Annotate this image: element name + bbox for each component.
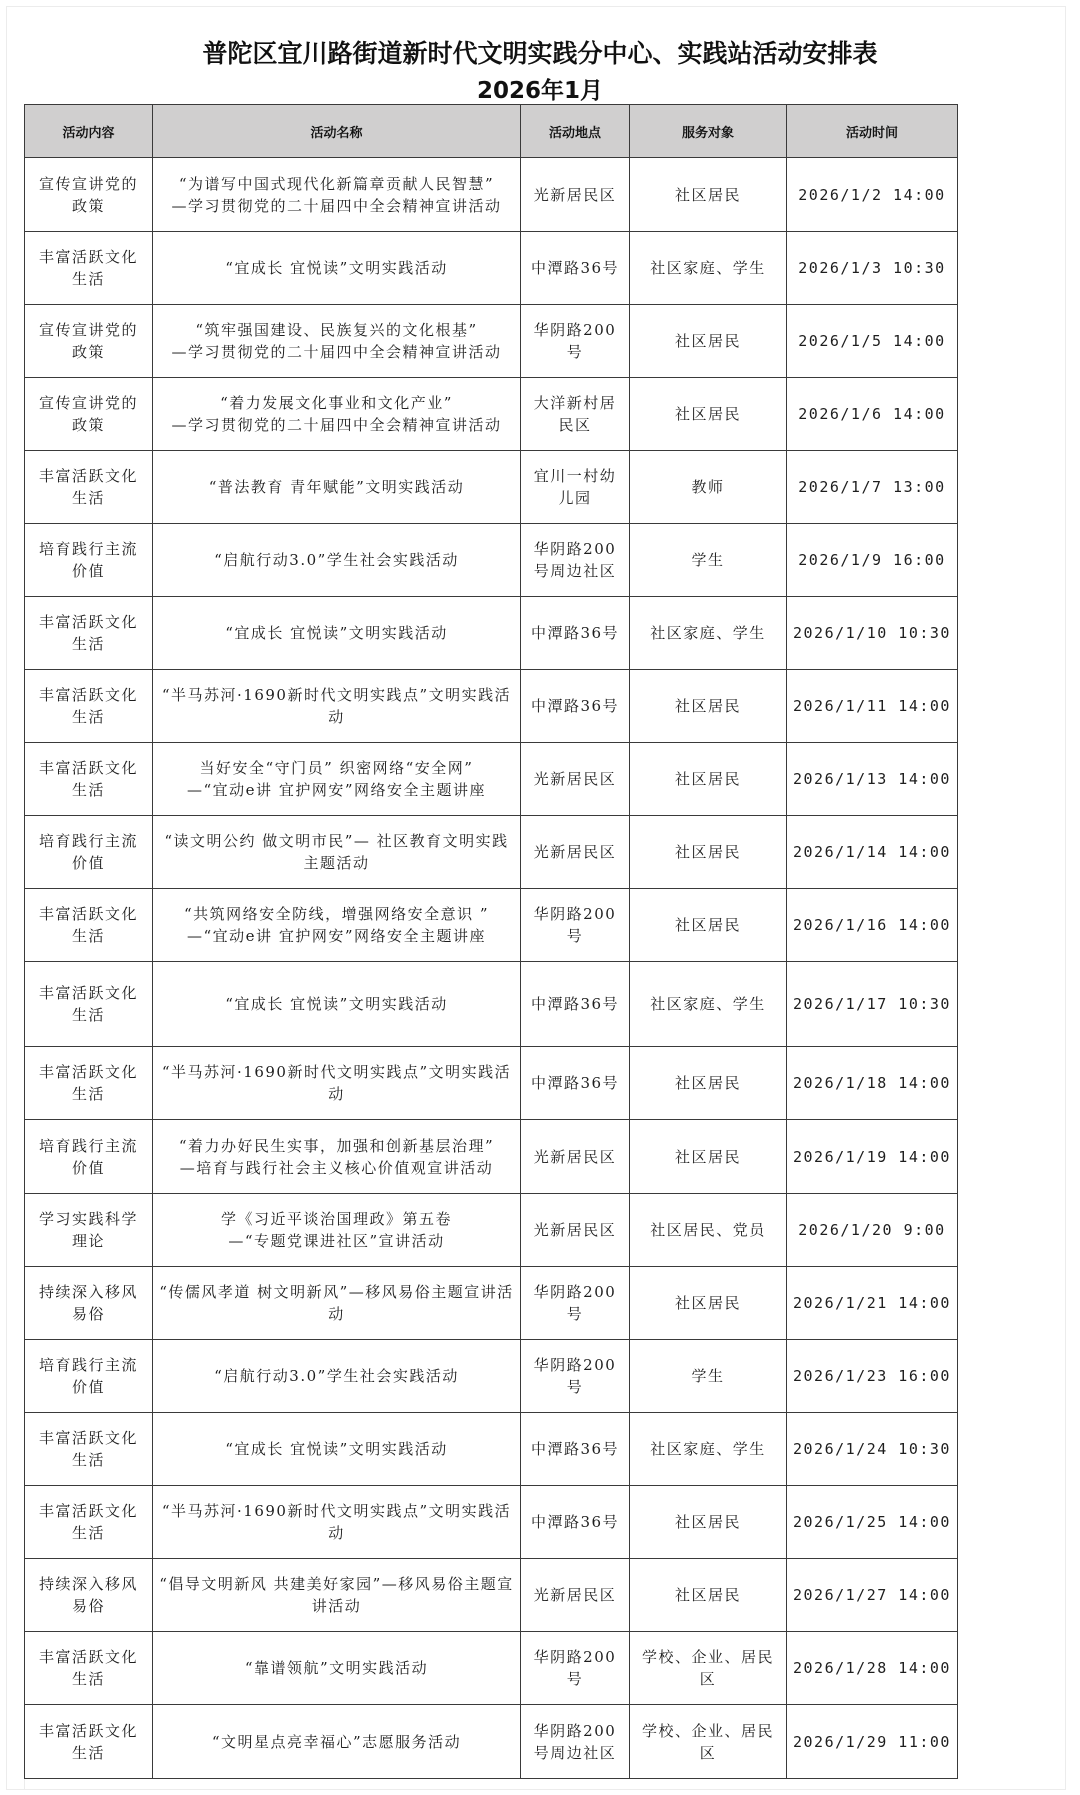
cell-activity-name: 学《习近平谈治国理政》第五卷—“专题党课进社区”宣讲活动	[153, 1194, 521, 1267]
cell-activity-time: 2026/1/18 14:00	[787, 1047, 958, 1120]
cell-activity-content: 培育践行主流价值	[25, 524, 153, 597]
cell-activity-name: “为谱写中国式现代化新篇章贡献人民智慧”—学习贯彻党的二十届四中全会精神宣讲活动	[153, 158, 521, 232]
cell-activity-location: 中潭路36号	[521, 597, 630, 670]
activity-name-line: —学习贯彻党的二十届四中全会精神宣讲活动	[159, 414, 514, 436]
cell-activity-content: 丰富活跃文化生活	[25, 1632, 153, 1705]
table-body: 宣传宣讲党的政策“为谱写中国式现代化新篇章贡献人民智慧”—学习贯彻党的二十届四中…	[25, 158, 958, 1779]
cell-activity-time: 2026/1/9 16:00	[787, 524, 958, 597]
activity-name-line: 当好安全“守门员” 织密网络“安全网”	[159, 757, 514, 779]
cell-activity-time: 2026/1/23 16:00	[787, 1340, 958, 1413]
cell-service-audience: 社区居民	[630, 305, 787, 378]
cell-service-audience: 学生	[630, 524, 787, 597]
activity-name-line: “靠谱领航”文明实践活动	[159, 1657, 514, 1679]
cell-activity-location: 华阴路200号周边社区	[521, 524, 630, 597]
activity-name-line: “筑牢强国建设、民族复兴的文化根基”	[159, 319, 514, 341]
activity-name-line: “半马苏河·1690新时代文明实践点”文明实践活动	[159, 1500, 514, 1544]
cell-activity-location: 华阴路200号	[521, 889, 630, 962]
activity-name-line: “普法教育 青年赋能”文明实践活动	[159, 476, 514, 498]
table-row: 丰富活跃文化生活“宜成长 宜悦读”文明实践活动中潭路36号社区家庭、学生2026…	[25, 962, 958, 1047]
cell-activity-time: 2026/1/13 14:00	[787, 743, 958, 816]
cell-activity-location: 光新居民区	[521, 1559, 630, 1632]
cell-activity-time: 2026/1/17 10:30	[787, 962, 958, 1047]
page-subtitle: 2026年1月	[0, 72, 1080, 105]
cell-activity-location: 宜川一村幼儿园	[521, 451, 630, 524]
table-row: 丰富活跃文化生活“共筑网络安全防线，增强网络安全意识 ”—“宜动e讲 宜护网安”…	[25, 889, 958, 962]
activity-name-line: —培育与践行社会主义核心价值观宣讲活动	[159, 1157, 514, 1179]
cell-service-audience: 社区家庭、学生	[630, 597, 787, 670]
cell-activity-content: 丰富活跃文化生活	[25, 889, 153, 962]
header-activity-content: 活动内容	[25, 105, 153, 158]
table-row: 丰富活跃文化生活当好安全“守门员” 织密网络“安全网”—“宜动e讲 宜护网安”网…	[25, 743, 958, 816]
activity-name-line: “宜成长 宜悦读”文明实践活动	[159, 1438, 514, 1460]
cell-service-audience: 社区家庭、学生	[630, 962, 787, 1047]
cell-activity-location: 华阴路200号	[521, 305, 630, 378]
cell-activity-location: 中潭路36号	[521, 962, 630, 1047]
cell-activity-name: “启航行动3.0”学生社会实践活动	[153, 524, 521, 597]
cell-activity-location: 大洋新村居民区	[521, 378, 630, 451]
cell-activity-name: 当好安全“守门员” 织密网络“安全网”—“宜动e讲 宜护网安”网络安全主题讲座	[153, 743, 521, 816]
cell-activity-content: 丰富活跃文化生活	[25, 670, 153, 743]
cell-activity-time: 2026/1/7 13:00	[787, 451, 958, 524]
activity-name-line: —学习贯彻党的二十届四中全会精神宣讲活动	[159, 341, 514, 363]
table-row: 丰富活跃文化生活“文明星点亮幸福心”志愿服务活动华阴路200号周边社区学校、企业…	[25, 1705, 958, 1779]
cell-service-audience: 社区家庭、学生	[630, 1413, 787, 1486]
cell-service-audience: 教师	[630, 451, 787, 524]
cell-activity-name: “宜成长 宜悦读”文明实践活动	[153, 232, 521, 305]
cell-activity-time: 2026/1/11 14:00	[787, 670, 958, 743]
cell-activity-content: 宣传宣讲党的政策	[25, 158, 153, 232]
cell-activity-time: 2026/1/19 14:00	[787, 1120, 958, 1194]
table-row: 培育践行主流价值“启航行动3.0”学生社会实践活动华阴路200号学生2026/1…	[25, 1340, 958, 1413]
table-row: 宣传宣讲党的政策“为谱写中国式现代化新篇章贡献人民智慧”—学习贯彻党的二十届四中…	[25, 158, 958, 232]
table-row: 丰富活跃文化生活“宜成长 宜悦读”文明实践活动中潭路36号社区家庭、学生2026…	[25, 597, 958, 670]
cell-service-audience: 社区居民、党员	[630, 1194, 787, 1267]
cell-activity-location: 光新居民区	[521, 743, 630, 816]
cell-service-audience: 社区居民	[630, 378, 787, 451]
cell-service-audience: 社区居民	[630, 889, 787, 962]
cell-activity-name: “读文明公约 做文明市民”— 社区教育文明实践主题活动	[153, 816, 521, 889]
cell-activity-name: “宜成长 宜悦读”文明实践活动	[153, 962, 521, 1047]
cell-activity-content: 学习实践科学理论	[25, 1194, 153, 1267]
cell-activity-location: 光新居民区	[521, 158, 630, 232]
cell-activity-location: 光新居民区	[521, 1120, 630, 1194]
activity-name-line: “文明星点亮幸福心”志愿服务活动	[159, 1731, 514, 1753]
cell-activity-name: “靠谱领航”文明实践活动	[153, 1632, 521, 1705]
activity-name-line: “宜成长 宜悦读”文明实践活动	[159, 257, 514, 279]
cell-activity-time: 2026/1/2 14:00	[787, 158, 958, 232]
table-row: 丰富活跃文化生活“半马苏河·1690新时代文明实践点”文明实践活动中潭路36号社…	[25, 1047, 958, 1120]
cell-activity-time: 2026/1/28 14:00	[787, 1632, 958, 1705]
cell-activity-location: 光新居民区	[521, 816, 630, 889]
cell-activity-content: 培育践行主流价值	[25, 1340, 153, 1413]
cell-service-audience: 社区居民	[630, 1486, 787, 1559]
activity-name-line: “倡导文明新风 共建美好家园”—移风易俗主题宣讲活动	[159, 1573, 514, 1617]
cell-activity-time: 2026/1/6 14:00	[787, 378, 958, 451]
cell-activity-time: 2026/1/27 14:00	[787, 1559, 958, 1632]
cell-activity-name: “普法教育 青年赋能”文明实践活动	[153, 451, 521, 524]
cell-activity-content: 持续深入移风易俗	[25, 1267, 153, 1340]
cell-activity-name: “共筑网络安全防线，增强网络安全意识 ”—“宜动e讲 宜护网安”网络安全主题讲座	[153, 889, 521, 962]
cell-activity-content: 丰富活跃文化生活	[25, 1047, 153, 1120]
activity-name-line: —“专题党课进社区”宣讲活动	[159, 1230, 514, 1252]
cell-activity-name: “半马苏河·1690新时代文明实践点”文明实践活动	[153, 670, 521, 743]
activity-name-line: “读文明公约 做文明市民”— 社区教育文明实践主题活动	[159, 830, 514, 874]
cell-activity-name: “半马苏河·1690新时代文明实践点”文明实践活动	[153, 1047, 521, 1120]
cell-activity-time: 2026/1/3 10:30	[787, 232, 958, 305]
activity-name-line: “宜成长 宜悦读”文明实践活动	[159, 622, 514, 644]
cell-activity-content: 丰富活跃文化生活	[25, 1413, 153, 1486]
table-row: 丰富活跃文化生活“普法教育 青年赋能”文明实践活动宜川一村幼儿园教师2026/1…	[25, 451, 958, 524]
activity-name-line: “传儒风孝道 树文明新风”—移风易俗主题宣讲活动	[159, 1281, 514, 1325]
table-row: 丰富活跃文化生活“靠谱领航”文明实践活动华阴路200号学校、企业、居民区2026…	[25, 1632, 958, 1705]
table-row: 宣传宣讲党的政策“筑牢强国建设、民族复兴的文化根基”—学习贯彻党的二十届四中全会…	[25, 305, 958, 378]
header-activity-time: 活动时间	[787, 105, 958, 158]
cell-service-audience: 社区家庭、学生	[630, 232, 787, 305]
cell-activity-location: 华阴路200号	[521, 1267, 630, 1340]
cell-activity-content: 丰富活跃文化生活	[25, 962, 153, 1047]
activity-name-line: —“宜动e讲 宜护网安”网络安全主题讲座	[159, 779, 514, 801]
cell-activity-name: “传儒风孝道 树文明新风”—移风易俗主题宣讲活动	[153, 1267, 521, 1340]
cell-activity-content: 宣传宣讲党的政策	[25, 305, 153, 378]
table-row: 持续深入移风易俗“传儒风孝道 树文明新风”—移风易俗主题宣讲活动华阴路200号社…	[25, 1267, 958, 1340]
table-row: 培育践行主流价值“启航行动3.0”学生社会实践活动华阴路200号周边社区学生20…	[25, 524, 958, 597]
cell-service-audience: 社区居民	[630, 1120, 787, 1194]
activity-name-line: —学习贯彻党的二十届四中全会精神宣讲活动	[159, 195, 514, 217]
cell-activity-content: 丰富活跃文化生活	[25, 1486, 153, 1559]
activity-name-line: “宜成长 宜悦读”文明实践活动	[159, 993, 514, 1015]
cell-activity-content: 丰富活跃文化生活	[25, 451, 153, 524]
cell-activity-time: 2026/1/10 10:30	[787, 597, 958, 670]
table-row: 培育践行主流价值“着力办好民生实事，加强和创新基层治理”—培育与践行社会主义核心…	[25, 1120, 958, 1194]
cell-activity-name: “启航行动3.0”学生社会实践活动	[153, 1340, 521, 1413]
activity-name-line: —“宜动e讲 宜护网安”网络安全主题讲座	[159, 925, 514, 947]
cell-activity-location: 华阴路200号	[521, 1632, 630, 1705]
header-activity-location: 活动地点	[521, 105, 630, 158]
activity-name-line: “启航行动3.0”学生社会实践活动	[159, 549, 514, 571]
cell-activity-name: “宜成长 宜悦读”文明实践活动	[153, 597, 521, 670]
activity-schedule-table: 活动内容 活动名称 活动地点 服务对象 活动时间 宣传宣讲党的政策“为谱写中国式…	[24, 104, 958, 1779]
activity-name-line: “为谱写中国式现代化新篇章贡献人民智慧”	[159, 173, 514, 195]
cell-service-audience: 社区居民	[630, 1267, 787, 1340]
cell-activity-time: 2026/1/25 14:00	[787, 1486, 958, 1559]
table-row: 学习实践科学理论学《习近平谈治国理政》第五卷—“专题党课进社区”宣讲活动光新居民…	[25, 1194, 958, 1267]
cell-activity-location: 中潭路36号	[521, 232, 630, 305]
table-row: 丰富活跃文化生活“半马苏河·1690新时代文明实践点”文明实践活动中潭路36号社…	[25, 1486, 958, 1559]
activity-name-line: “着力办好民生实事，加强和创新基层治理”	[159, 1135, 514, 1157]
table-row: 丰富活跃文化生活“半马苏河·1690新时代文明实践点”文明实践活动中潭路36号社…	[25, 670, 958, 743]
cell-activity-content: 丰富活跃文化生活	[25, 1705, 153, 1779]
cell-service-audience: 社区居民	[630, 158, 787, 232]
cell-activity-location: 中潭路36号	[521, 1486, 630, 1559]
cell-activity-time: 2026/1/29 11:00	[787, 1705, 958, 1779]
cell-activity-content: 丰富活跃文化生活	[25, 597, 153, 670]
activity-name-line: “半马苏河·1690新时代文明实践点”文明实践活动	[159, 684, 514, 728]
table-row: 丰富活跃文化生活“宜成长 宜悦读”文明实践活动中潭路36号社区家庭、学生2026…	[25, 1413, 958, 1486]
cell-service-audience: 社区居民	[630, 670, 787, 743]
cell-activity-name: “着力发展文化事业和文化产业”—学习贯彻党的二十届四中全会精神宣讲活动	[153, 378, 521, 451]
cell-activity-content: 培育践行主流价值	[25, 1120, 153, 1194]
cell-service-audience: 学校、企业、居民区	[630, 1632, 787, 1705]
cell-service-audience: 学校、企业、居民区	[630, 1705, 787, 1779]
activity-name-line: “半马苏河·1690新时代文明实践点”文明实践活动	[159, 1061, 514, 1105]
cell-activity-location: 华阴路200号	[521, 1340, 630, 1413]
cell-activity-content: 持续深入移风易俗	[25, 1559, 153, 1632]
cell-activity-location: 华阴路200号周边社区	[521, 1705, 630, 1779]
cell-activity-time: 2026/1/16 14:00	[787, 889, 958, 962]
cell-activity-time: 2026/1/5 14:00	[787, 305, 958, 378]
cell-service-audience: 社区居民	[630, 816, 787, 889]
header-activity-name: 活动名称	[153, 105, 521, 158]
cell-activity-content: 宣传宣讲党的政策	[25, 378, 153, 451]
cell-activity-time: 2026/1/21 14:00	[787, 1267, 958, 1340]
cell-activity-content: 培育践行主流价值	[25, 816, 153, 889]
page-title: 普陀区宜川路街道新时代文明实践分中心、实践站活动安排表	[0, 34, 1080, 70]
cell-activity-time: 2026/1/24 10:30	[787, 1413, 958, 1486]
cell-service-audience: 社区居民	[630, 743, 787, 816]
activity-name-line: “共筑网络安全防线，增强网络安全意识 ”	[159, 903, 514, 925]
cell-activity-time: 2026/1/14 14:00	[787, 816, 958, 889]
cell-activity-name: “着力办好民生实事，加强和创新基层治理”—培育与践行社会主义核心价值观宣讲活动	[153, 1120, 521, 1194]
cell-service-audience: 社区居民	[630, 1047, 787, 1120]
cell-activity-location: 光新居民区	[521, 1194, 630, 1267]
cell-activity-name: “文明星点亮幸福心”志愿服务活动	[153, 1705, 521, 1779]
cell-activity-location: 中潭路36号	[521, 670, 630, 743]
cell-activity-name: “筑牢强国建设、民族复兴的文化根基”—学习贯彻党的二十届四中全会精神宣讲活动	[153, 305, 521, 378]
cell-activity-content: 丰富活跃文化生活	[25, 232, 153, 305]
table-header-row: 活动内容 活动名称 活动地点 服务对象 活动时间	[25, 105, 958, 158]
cell-service-audience: 社区居民	[630, 1559, 787, 1632]
cell-activity-location: 中潭路36号	[521, 1413, 630, 1486]
activity-name-line: “着力发展文化事业和文化产业”	[159, 392, 514, 414]
header-service-audience: 服务对象	[630, 105, 787, 158]
cell-activity-location: 中潭路36号	[521, 1047, 630, 1120]
activity-name-line: “启航行动3.0”学生社会实践活动	[159, 1365, 514, 1387]
cell-activity-content: 丰富活跃文化生活	[25, 743, 153, 816]
cell-activity-name: “倡导文明新风 共建美好家园”—移风易俗主题宣讲活动	[153, 1559, 521, 1632]
table-row: 丰富活跃文化生活“宜成长 宜悦读”文明实践活动中潭路36号社区家庭、学生2026…	[25, 232, 958, 305]
table-row: 宣传宣讲党的政策“着力发展文化事业和文化产业”—学习贯彻党的二十届四中全会精神宣…	[25, 378, 958, 451]
cell-activity-name: “半马苏河·1690新时代文明实践点”文明实践活动	[153, 1486, 521, 1559]
cell-service-audience: 学生	[630, 1340, 787, 1413]
cell-activity-name: “宜成长 宜悦读”文明实践活动	[153, 1413, 521, 1486]
activity-name-line: 学《习近平谈治国理政》第五卷	[159, 1208, 514, 1230]
cell-activity-time: 2026/1/20 9:00	[787, 1194, 958, 1267]
table-row: 培育践行主流价值“读文明公约 做文明市民”— 社区教育文明实践主题活动光新居民区…	[25, 816, 958, 889]
sheet-gridline	[24, 1779, 1062, 1789]
table-row: 持续深入移风易俗“倡导文明新风 共建美好家园”—移风易俗主题宣讲活动光新居民区社…	[25, 1559, 958, 1632]
